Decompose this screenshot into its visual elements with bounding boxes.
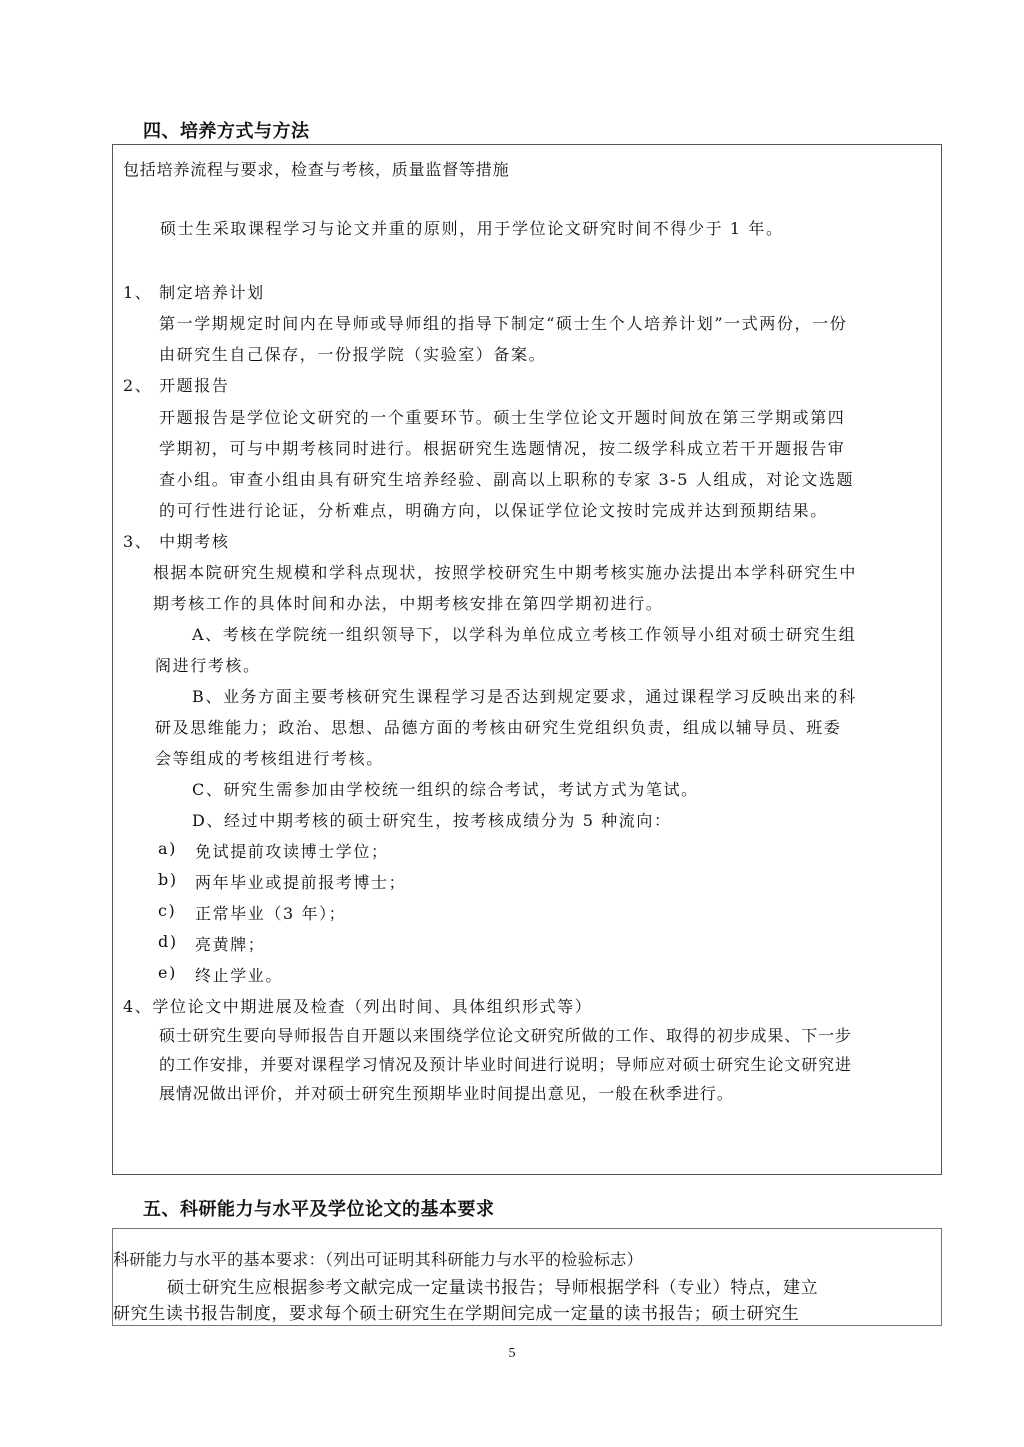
item1-line: 由研究生自己保存，一份报学院（实验室）备案。 xyxy=(159,342,546,365)
outcome-label: a) xyxy=(158,839,177,858)
section5-prompt: 科研能力与水平的基本要求：（列出可证明其科研能力与水平的检验标志） xyxy=(113,1247,643,1270)
item3-subA: A、考核在学院统一组织领导下，以学科为单位成立考核工作领导小组对硕士研究生组 xyxy=(192,622,856,645)
outcome-label: c) xyxy=(158,901,176,920)
page-number: 5 xyxy=(0,1346,1024,1362)
item3-subB: B、业务方面主要考核研究生课程学习是否达到规定要求，通过课程学习反映出来的科 xyxy=(192,684,857,707)
outcome-label: d) xyxy=(158,932,178,951)
item2-line: 查小组。审查小组由具有研究生培养经验、副高以上职称的专家 3-5 人组成，对论文… xyxy=(159,467,854,490)
item2-line: 学期初，可与中期考核同时进行。根据研究生选题情况，按二级学科成立若干开题报告审 xyxy=(159,436,845,459)
section4-intro: 硕士生采取课程学习与论文并重的原则，用于学位论文研究时间不得少于 1 年。 xyxy=(160,216,784,239)
section4-heading: 四、培养方式与方法 xyxy=(143,117,310,143)
outcome-label: e) xyxy=(158,963,177,982)
item3-line: 根据本院研究生规模和学科点现状，按照学校研究生中期考核实施办法提出本学科研究生中 xyxy=(153,560,857,583)
outcome-label: b) xyxy=(158,870,178,889)
item2-line: 的可行性进行论证，分析难点，明确方向，以保证学位论文按时完成并达到预期结果。 xyxy=(159,498,828,521)
section4-prompt: 包括培养流程与要求，检查与考核，质量监督等措施 xyxy=(123,157,509,180)
item1-title: 1、 制定培养计划 xyxy=(123,280,265,303)
outcome-text: 免试提前攻读博士学位； xyxy=(195,839,389,862)
section5-heading: 五、科研能力与水平及学位论文的基本要求 xyxy=(143,1195,495,1221)
item4-title: 4、学位论文中期进展及检查（列出时间、具体组织形式等） xyxy=(123,994,592,1017)
outcome-text: 两年毕业或提前报考博士； xyxy=(195,870,406,893)
item3-subD: D、经过中期考核的硕士研究生，按考核成绩分为 5 种流向： xyxy=(192,808,672,831)
item2-line: 开题报告是学位论文研究的一个重要环节。硕士生学位论文开题时间放在第三学期或第四 xyxy=(159,405,845,428)
item3-subA: 阁进行考核。 xyxy=(155,653,261,676)
section5-line: 研究生读书报告制度，要求每个硕士研究生在学期间完成一定量的读书报告；硕士研究生 xyxy=(113,1299,799,1324)
item3-line: 期考核工作的具体时间和办法，中期考核安排在第四学期初进行。 xyxy=(153,591,663,614)
item3-subB: 会等组成的考核组进行考核。 xyxy=(155,746,384,769)
item2-title: 2、 开题报告 xyxy=(123,373,229,396)
section5-line: 硕士研究生应根据参考文献完成一定量读书报告；导师根据学科（专业）特点，建立 xyxy=(167,1273,818,1298)
section5-box: 科研能力与水平的基本要求：（列出可证明其科研能力与水平的检验标志） 硕士研究生应… xyxy=(112,1228,942,1326)
section4-box: 包括培养流程与要求，检查与考核，质量监督等措施 硕士生采取课程学习与论文并重的原… xyxy=(112,144,942,1175)
outcome-text: 终止学业。 xyxy=(195,963,283,986)
outcome-text: 亮黄牌； xyxy=(195,932,265,955)
item1-line: 第一学期规定时间内在导师或导师组的指导下制定“硕士生个人培养计划”一式两份，一份 xyxy=(159,311,847,334)
item4-line: 的工作安排，并要对课程学习情况及预计毕业时间进行说明；导师应对硕士研究生论文研究… xyxy=(159,1052,852,1075)
item3-title: 3、 中期考核 xyxy=(123,529,229,552)
outcome-text: 正常毕业（3 年）； xyxy=(195,901,346,924)
item3-subB: 研及思维能力；政治、思想、品德方面的考核由研究生党组织负责，组成以辅导员、班委 xyxy=(155,715,841,738)
item4-line: 硕士研究生要向导师报告自开题以来围绕学位论文研究所做的工作、取得的初步成果、下一… xyxy=(159,1023,852,1046)
item4-line: 展情况做出评价，并对硕士研究生预期毕业时间提出意见，一般在秋季进行。 xyxy=(159,1081,734,1104)
item3-subC: C、研究生需参加由学校统一组织的综合考试，考试方式为笔试。 xyxy=(192,777,699,800)
